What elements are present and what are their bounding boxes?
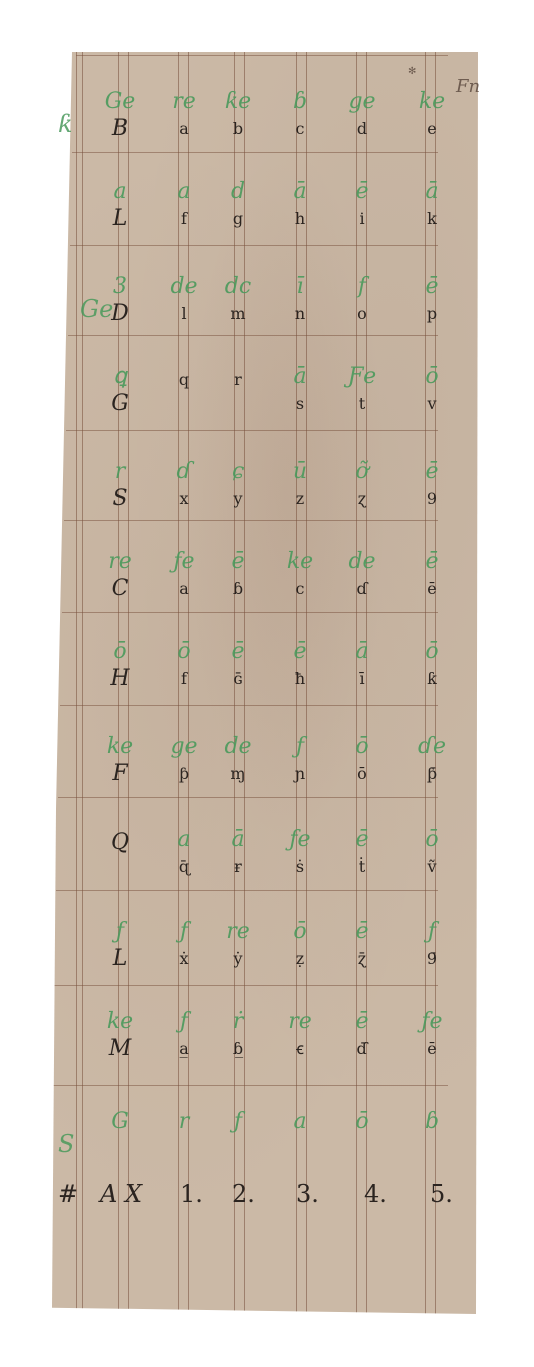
table-cell: ṙɓ̲ <box>218 1010 258 1058</box>
green-glyph: Ƒe <box>342 365 382 389</box>
green-glyph: ē <box>342 828 382 852</box>
key-letter: B <box>98 120 142 138</box>
table-cell: fo <box>342 275 382 323</box>
green-glyph: ō <box>412 828 452 852</box>
table-cell: reꞓ <box>280 1010 320 1058</box>
black-glyph: y <box>218 490 258 508</box>
table-cell: ēħ <box>280 640 320 688</box>
rule-horizontal <box>68 335 438 336</box>
rule-horizontal <box>72 152 438 153</box>
green-glyph: ƒ <box>164 1010 204 1034</box>
black-glyph: ɲ <box>280 765 320 783</box>
margin-glyph: ƙ <box>58 110 73 138</box>
green-glyph: ge <box>342 90 382 114</box>
table-cell: āk <box>412 180 452 228</box>
black-glyph: ṡ <box>280 858 320 876</box>
green-glyph: ā <box>412 180 452 204</box>
green-glyph: re <box>164 90 204 114</box>
key-cell: ƒL <box>98 920 142 968</box>
green-glyph: ē <box>342 1010 382 1034</box>
table-cell: geƥ <box>164 735 204 783</box>
key-cell: Q <box>98 828 142 852</box>
green-glyph: ī <box>280 275 320 299</box>
rule-horizontal <box>54 985 438 986</box>
green-glyph: ō <box>164 640 204 664</box>
black-glyph: m <box>218 305 258 323</box>
green-glyph: ō <box>412 365 452 389</box>
green-glyph: ā <box>342 640 382 664</box>
rule-horizontal <box>76 55 448 56</box>
column-label: 4. <box>364 1180 387 1208</box>
green-glyph: ū <box>280 460 320 484</box>
table-cell: reẏ <box>218 920 258 968</box>
table-cell: ƒɲ <box>280 735 320 783</box>
black-glyph: p <box>412 305 452 323</box>
green-glyph: f <box>342 275 382 299</box>
green-glyph: ke <box>98 735 142 759</box>
green-glyph: ō <box>98 640 142 664</box>
black-glyph: ṽ <box>412 858 452 876</box>
black-glyph: ɱ <box>218 765 258 783</box>
column-label: 3. <box>296 1180 319 1208</box>
table-cell: ēē <box>412 550 452 598</box>
green-glyph: ē <box>412 275 452 299</box>
green-glyph: r <box>98 460 142 484</box>
table-cell: āh <box>280 180 320 228</box>
black-glyph: r <box>218 371 258 389</box>
key-letter: M <box>98 1040 142 1058</box>
black-glyph: ō <box>342 765 382 783</box>
rule-horizontal <box>64 520 438 521</box>
rule-horizontal <box>52 1085 448 1086</box>
key-cell: GeB <box>98 90 142 138</box>
green-glyph: de <box>218 735 258 759</box>
black-glyph: a <box>164 580 204 598</box>
key-cell: keF <box>98 735 142 783</box>
table-cell: ƒ <box>218 1110 258 1140</box>
table-cell: ɓc <box>280 90 320 138</box>
table-cell: ɗx <box>164 460 204 508</box>
black-glyph: ɍ <box>218 858 258 876</box>
black-glyph: l <box>164 305 204 323</box>
green-glyph: ƒe <box>280 828 320 852</box>
green-glyph: ō <box>342 735 382 759</box>
black-glyph: c <box>280 580 320 598</box>
black-glyph: ẓ <box>280 950 320 968</box>
column-label: # <box>58 1180 78 1208</box>
green-glyph: de <box>342 550 382 574</box>
green-glyph: ỡ <box>342 460 382 484</box>
black-glyph: ꞓ <box>280 1040 320 1058</box>
black-glyph: b <box>218 120 258 138</box>
table-cell: Ƒet <box>342 365 382 413</box>
black-glyph: n <box>280 305 320 323</box>
green-glyph: ā <box>218 828 258 852</box>
table-cell: ōṽ <box>412 828 452 876</box>
black-glyph: ƥ̄ <box>412 765 452 783</box>
green-glyph: ƒ <box>280 735 320 759</box>
black-glyph: t <box>342 395 382 413</box>
column-label: 5. <box>430 1180 453 1208</box>
green-glyph: ō <box>342 1110 382 1134</box>
green-glyph: ē <box>218 640 258 664</box>
black-glyph: q <box>164 371 204 389</box>
rule-horizontal <box>58 797 438 798</box>
black-glyph: ṫ <box>342 858 382 876</box>
black-glyph: f <box>164 670 204 688</box>
green-glyph: ke <box>412 90 452 114</box>
black-glyph: x <box>164 490 204 508</box>
green-glyph: ɗe <box>412 735 452 759</box>
green-glyph: ƒe <box>164 550 204 574</box>
green-glyph: ē <box>412 550 452 574</box>
table-cell: ōv <box>412 365 452 413</box>
key-cell: ōH <box>98 640 142 688</box>
table-cell: af <box>164 180 204 228</box>
table-cell: ō <box>342 1110 382 1140</box>
green-glyph: a <box>164 180 204 204</box>
green-glyph: re <box>280 1010 320 1034</box>
green-glyph: ō <box>280 920 320 944</box>
green-glyph: ē <box>342 920 382 944</box>
black-glyph: o <box>342 305 382 323</box>
black-glyph: f <box>164 210 204 228</box>
green-glyph: ge <box>164 735 204 759</box>
black-glyph: i <box>342 210 382 228</box>
key-letter: G <box>98 395 142 413</box>
green-glyph: ɕ <box>218 460 258 484</box>
table-cell: deɗ <box>342 550 382 598</box>
column-label: A X <box>100 1180 142 1208</box>
black-glyph: ē <box>412 1040 452 1058</box>
key-letter: Q <box>98 834 142 852</box>
black-glyph: k <box>412 210 452 228</box>
key-letter: F <box>98 765 142 783</box>
black-glyph: 9 <box>412 490 452 508</box>
green-glyph: ɓ <box>412 1110 452 1134</box>
black-glyph: ɢ̄ <box>218 670 258 688</box>
black-glyph: z <box>280 490 320 508</box>
table-cell: ēɢ̄ <box>218 640 258 688</box>
table-cell: r <box>164 1110 204 1140</box>
black-glyph: ẋ <box>164 950 204 968</box>
green-glyph: r <box>164 1110 204 1134</box>
table-cell: kec <box>280 550 320 598</box>
rule-vertical <box>82 52 83 1314</box>
rule-vertical <box>76 52 77 1314</box>
black-glyph: ɀ̄ <box>342 950 382 968</box>
green-glyph: ā <box>280 180 320 204</box>
table-cell: ged <box>342 90 382 138</box>
key-cell: rS <box>98 460 142 508</box>
table-cell: kee <box>412 90 452 138</box>
green-glyph: ɓ <box>280 90 320 114</box>
black-glyph: ɗ <box>342 580 382 598</box>
key-cell: G <box>98 1110 142 1140</box>
green-glyph: dc <box>218 275 258 299</box>
green-glyph: re <box>218 920 258 944</box>
green-glyph: G <box>98 1110 142 1134</box>
table-cell: q <box>164 365 204 389</box>
table-cell: ƙeb <box>218 90 258 138</box>
rule-horizontal <box>66 430 438 431</box>
table-cell: ēɀ̄ <box>342 920 382 968</box>
black-glyph: v <box>412 395 452 413</box>
table-cell: a <box>280 1110 320 1140</box>
green-glyph: ē <box>280 640 320 664</box>
key-cell: ꝗG <box>98 365 142 413</box>
key-letter: H <box>98 670 142 688</box>
table-cell: aɋ̄ <box>164 828 204 876</box>
green-glyph: ƒ <box>412 920 452 944</box>
table-cell: ōō <box>342 735 382 783</box>
black-glyph: ɀ <box>342 490 382 508</box>
black-glyph: ē <box>412 580 452 598</box>
rule-horizontal <box>70 245 438 246</box>
key-cell: reC <box>98 550 142 598</box>
key-letter: L <box>98 950 142 968</box>
key-cell: aL <box>98 180 142 228</box>
green-glyph: ō <box>412 640 452 664</box>
table-cell: dcm <box>218 275 258 323</box>
table-cell: dg <box>218 180 258 228</box>
green-glyph: a <box>98 180 142 204</box>
green-glyph: Ge <box>98 90 142 114</box>
black-glyph: ƥ <box>164 765 204 783</box>
black-glyph: 9̄ <box>412 950 452 968</box>
black-glyph: s <box>280 395 320 413</box>
green-glyph: re <box>98 550 142 574</box>
black-glyph: ƙ <box>412 670 452 688</box>
green-glyph: ke <box>280 550 320 574</box>
green-glyph: ṙ <box>218 1010 258 1034</box>
green-glyph: ꝗ <box>98 365 142 389</box>
table-cell: ēɓ <box>218 550 258 598</box>
table-cell: r <box>218 365 258 389</box>
table-cell: ỡɀ <box>342 460 382 508</box>
black-glyph: ɓ̲ <box>218 1040 258 1058</box>
table-cell: deɱ <box>218 735 258 783</box>
green-glyph: ē <box>342 180 382 204</box>
table-cell: ās <box>280 365 320 413</box>
table-cell: ēɗ̄ <box>342 1010 382 1058</box>
table-cell: ūz <box>280 460 320 508</box>
table-cell: āī <box>342 640 382 688</box>
margin-glyph: S <box>58 1130 74 1158</box>
table-cell: ēi <box>342 180 382 228</box>
black-glyph: ẏ <box>218 950 258 968</box>
table-cell: ēp <box>412 275 452 323</box>
black-glyph: ɓ <box>218 580 258 598</box>
key-letter: C <box>98 580 142 598</box>
green-glyph: ƒe <box>412 1010 452 1034</box>
table-cell: ƒa̲ <box>164 1010 204 1058</box>
margin-glyph: Ge <box>80 295 113 323</box>
black-glyph: a <box>164 120 204 138</box>
rule-horizontal <box>62 612 438 613</box>
table-cell: rea <box>164 90 204 138</box>
table-cell: ōƙ <box>412 640 452 688</box>
rule-horizontal <box>56 890 438 891</box>
key-letter: S <box>98 490 142 508</box>
green-glyph: ƒ <box>164 920 204 944</box>
table-cell: ɓ <box>412 1110 452 1140</box>
green-glyph: de <box>164 275 204 299</box>
black-glyph: c <box>280 120 320 138</box>
green-glyph: a <box>280 1110 320 1134</box>
black-glyph: e <box>412 120 452 138</box>
green-glyph: ā <box>280 365 320 389</box>
green-glyph: a <box>164 828 204 852</box>
corner-mark: ✻ <box>408 66 416 77</box>
green-glyph: ke <box>98 1010 142 1034</box>
black-glyph: ħ <box>280 670 320 688</box>
green-glyph: ƒ <box>98 920 142 944</box>
table-cell: ēṫ <box>342 828 382 876</box>
rule-horizontal <box>60 705 438 706</box>
key-letter: L <box>98 210 142 228</box>
table-cell: ōẓ <box>280 920 320 968</box>
table-cell: ƒeṡ <box>280 828 320 876</box>
table-cell: del <box>164 275 204 323</box>
table-cell: ɗeƥ̄ <box>412 735 452 783</box>
table-cell: āɍ <box>218 828 258 876</box>
table-cell: ƒ9̄ <box>412 920 452 968</box>
black-glyph: ɋ̄ <box>164 858 204 876</box>
table-cell: ƒẋ <box>164 920 204 968</box>
table-cell: ē9 <box>412 460 452 508</box>
green-glyph: ɗ <box>164 460 204 484</box>
black-glyph: a̲ <box>164 1040 204 1058</box>
black-glyph: d <box>342 120 382 138</box>
green-glyph: d <box>218 180 258 204</box>
column-label: 1. <box>180 1180 203 1208</box>
key-cell: keM <box>98 1010 142 1058</box>
green-glyph: ƙe <box>218 90 258 114</box>
green-glyph: ƒ <box>218 1110 258 1134</box>
corner-folio-note: Fn <box>456 76 480 97</box>
black-glyph: g <box>218 210 258 228</box>
black-glyph: ɗ̄ <box>342 1040 382 1058</box>
green-glyph: ē <box>218 550 258 574</box>
green-glyph: ē <box>412 460 452 484</box>
black-glyph: h <box>280 210 320 228</box>
black-glyph: ī <box>342 670 382 688</box>
table-cell: ōf <box>164 640 204 688</box>
table-cell: īn <box>280 275 320 323</box>
table-cell: ƒeē <box>412 1010 452 1058</box>
column-label: 2. <box>232 1180 255 1208</box>
table-cell: ɕy <box>218 460 258 508</box>
table-cell: ƒea <box>164 550 204 598</box>
